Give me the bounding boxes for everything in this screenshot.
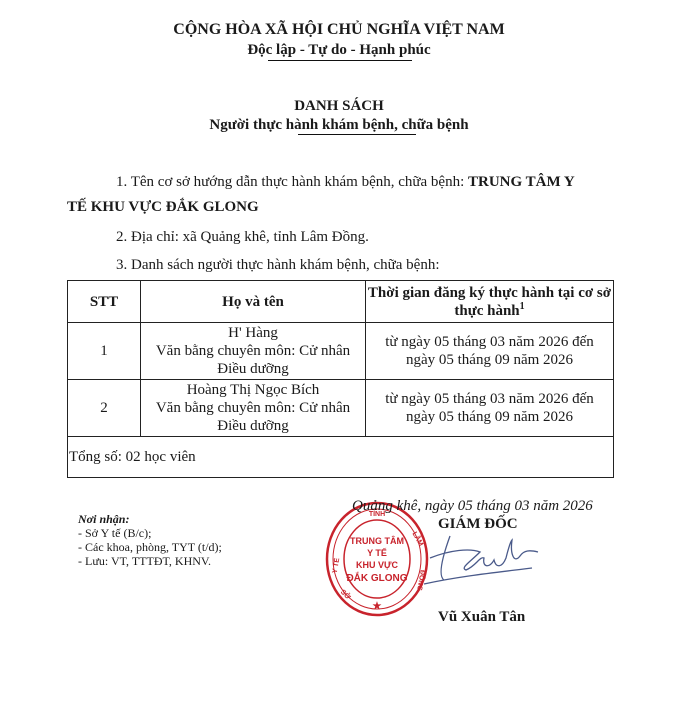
- svg-text:KHU VỰC: KHU VỰC: [356, 560, 398, 570]
- degree: Văn bằng chuyên môn: Cử nhân: [141, 399, 365, 417]
- recipient-item: - Sở Y tế (B/c);: [78, 526, 222, 540]
- signer-role: GIÁM ĐỐC: [438, 514, 518, 534]
- recipients-block: Nơi nhận: - Sở Y tế (B/c); - Các khoa, p…: [78, 512, 222, 568]
- table-total-row: Tổng số: 02 học viên: [68, 437, 614, 478]
- item-3: 3. Danh sách người thực hành khám bệnh, …: [116, 255, 440, 275]
- degree: Văn bằng chuyên môn: Cử nhân: [141, 342, 365, 360]
- major: Điều dưỡng: [141, 360, 365, 378]
- cell-stt: 2: [68, 380, 141, 437]
- facility-name-part2: TẾ KHU VỰC ĐẮK GLONG: [67, 197, 259, 217]
- person-name: H' Hàng: [141, 324, 365, 342]
- item-1: 1. Tên cơ sở hướng dẫn thực hành khám bệ…: [116, 172, 575, 192]
- svg-text:Y TẾ: Y TẾ: [367, 548, 387, 558]
- recipients-heading: Nơi nhận:: [78, 512, 222, 526]
- motto: Độc lập - Tự do - Hạnh phúc: [0, 40, 678, 60]
- facility-name-part1: TRUNG TÂM Y: [468, 174, 575, 190]
- signer-name: Vũ Xuân Tân: [438, 607, 525, 627]
- handwritten-signature: [420, 528, 540, 588]
- svg-text:Y TẾ: Y TẾ: [329, 557, 342, 574]
- place-and-date: Quảng khê, ngày 05 tháng 03 năm 2026: [352, 496, 593, 516]
- total-count: Tổng số: 02 học viên: [68, 437, 614, 478]
- motto-underline: [268, 60, 412, 61]
- stamp-line-1: TRUNG TÂM: [350, 535, 404, 546]
- nation-heading: CỘNG HÒA XÃ HỘI CHỦ NGHĨA VIỆT NAM: [0, 20, 678, 40]
- cell-period: từ ngày 05 tháng 03 năm 2026 đến ngày 05…: [366, 380, 614, 437]
- table-row: 2 Hoàng Thị Ngọc Bích Văn bằng chuyên mô…: [68, 380, 614, 437]
- table-row: 1 H' Hàng Văn bằng chuyên môn: Cử nhân Đ…: [68, 323, 614, 380]
- major: Điều dưỡng: [141, 417, 365, 435]
- item-1-label: 1. Tên cơ sở hướng dẫn thực hành khám bệ…: [116, 174, 468, 190]
- document-subtitle: Người thực hành khám bệnh, chữa bệnh: [0, 115, 678, 135]
- header-name: Họ và tên: [141, 281, 366, 323]
- document-title: DANH SÁCH: [0, 96, 678, 116]
- recipient-item: - Lưu: VT, TTTĐT, KHNV.: [78, 554, 222, 568]
- header-stt: STT: [68, 281, 141, 323]
- practitioner-table: STT Họ và tên Thời gian đăng ký thực hàn…: [67, 280, 614, 478]
- cell-name: H' Hàng Văn bằng chuyên môn: Cử nhân Điề…: [141, 323, 366, 380]
- cell-stt: 1: [68, 323, 141, 380]
- cell-period: từ ngày 05 tháng 03 năm 2026 đến ngày 05…: [366, 323, 614, 380]
- cell-name: Hoàng Thị Ngọc Bích Văn bằng chuyên môn:…: [141, 380, 366, 437]
- recipient-item: - Các khoa, phòng, TYT (t/d);: [78, 540, 222, 554]
- official-stamp: TRUNG TÂM Y TẾ KHU VỰC ĐẮK GLONG TỈNH Y …: [324, 500, 430, 618]
- footnote-marker: 1: [520, 301, 525, 312]
- header-period: Thời gian đăng ký thực hành tại cơ sở th…: [366, 281, 614, 323]
- item-2-address: 2. Địa chỉ: xã Quảng khê, tỉnh Lâm Đồng.: [116, 227, 369, 247]
- person-name: Hoàng Thị Ngọc Bích: [141, 381, 365, 399]
- table-header-row: STT Họ và tên Thời gian đăng ký thực hàn…: [68, 281, 614, 323]
- subtitle-underline: [298, 134, 416, 135]
- svg-text:ĐẮK GLONG: ĐẮK GLONG: [346, 571, 407, 584]
- svg-text:★: ★: [373, 601, 382, 612]
